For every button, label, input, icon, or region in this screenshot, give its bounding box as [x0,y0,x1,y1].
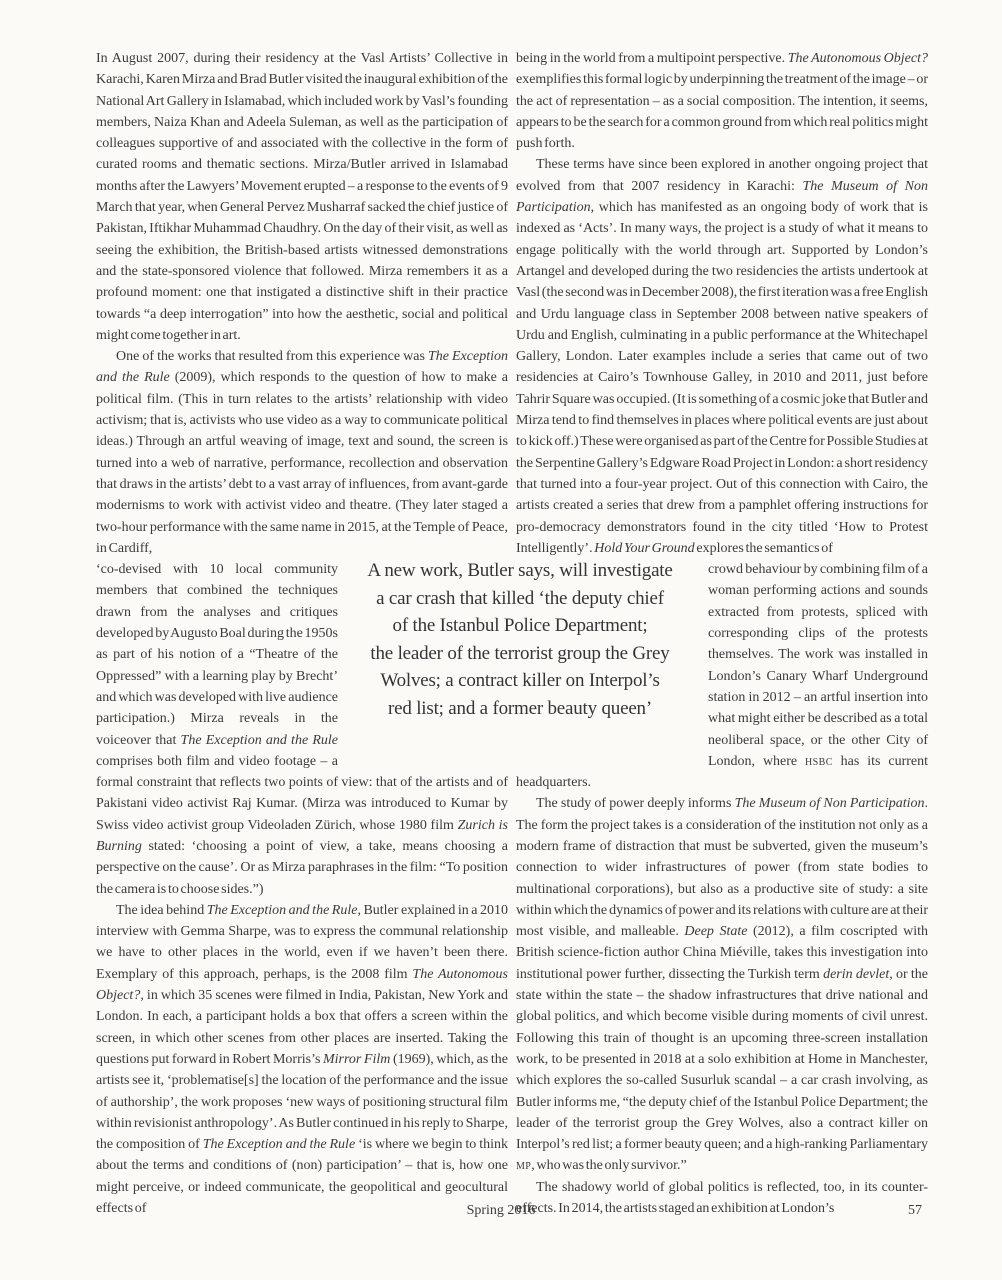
footer-season: Spring 2016 [0,1203,1002,1219]
pull-quote-line: of the Istanbul Police Department; [336,612,704,640]
paragraph: One of the works that resulted from this… [96,346,508,559]
paragraph: In August 2007, during their residency a… [96,48,508,346]
pull-quote-line: the leader of the terrorist group the Gr… [336,640,704,668]
paragraph: The study of power deeply informs The Mu… [516,793,928,1176]
pull-quote-line: A new work, Butler says, will investigat… [336,557,704,585]
right-column-upper: being in the world from a multipoint per… [516,48,928,559]
pull-quote-line: red list; and a former beauty queen’ [336,695,704,723]
paragraph: These terms have since been explored in … [516,154,928,559]
pull-quote: A new work, Butler says, will investigat… [336,557,704,722]
footer-page-number: 57 [908,1203,922,1219]
pull-quote-line: a car crash that killed ‘the deputy chie… [336,585,704,613]
pull-quote-line: Wolves; a contract killer on Interpol’s [336,667,704,695]
paragraph: The idea behind The Exception and the Ru… [96,900,508,1219]
paragraph: being in the world from a multipoint per… [516,48,928,154]
magazine-page: In August 2007, during their residency a… [0,0,1002,1280]
left-column-upper: In August 2007, during their residency a… [96,48,508,559]
